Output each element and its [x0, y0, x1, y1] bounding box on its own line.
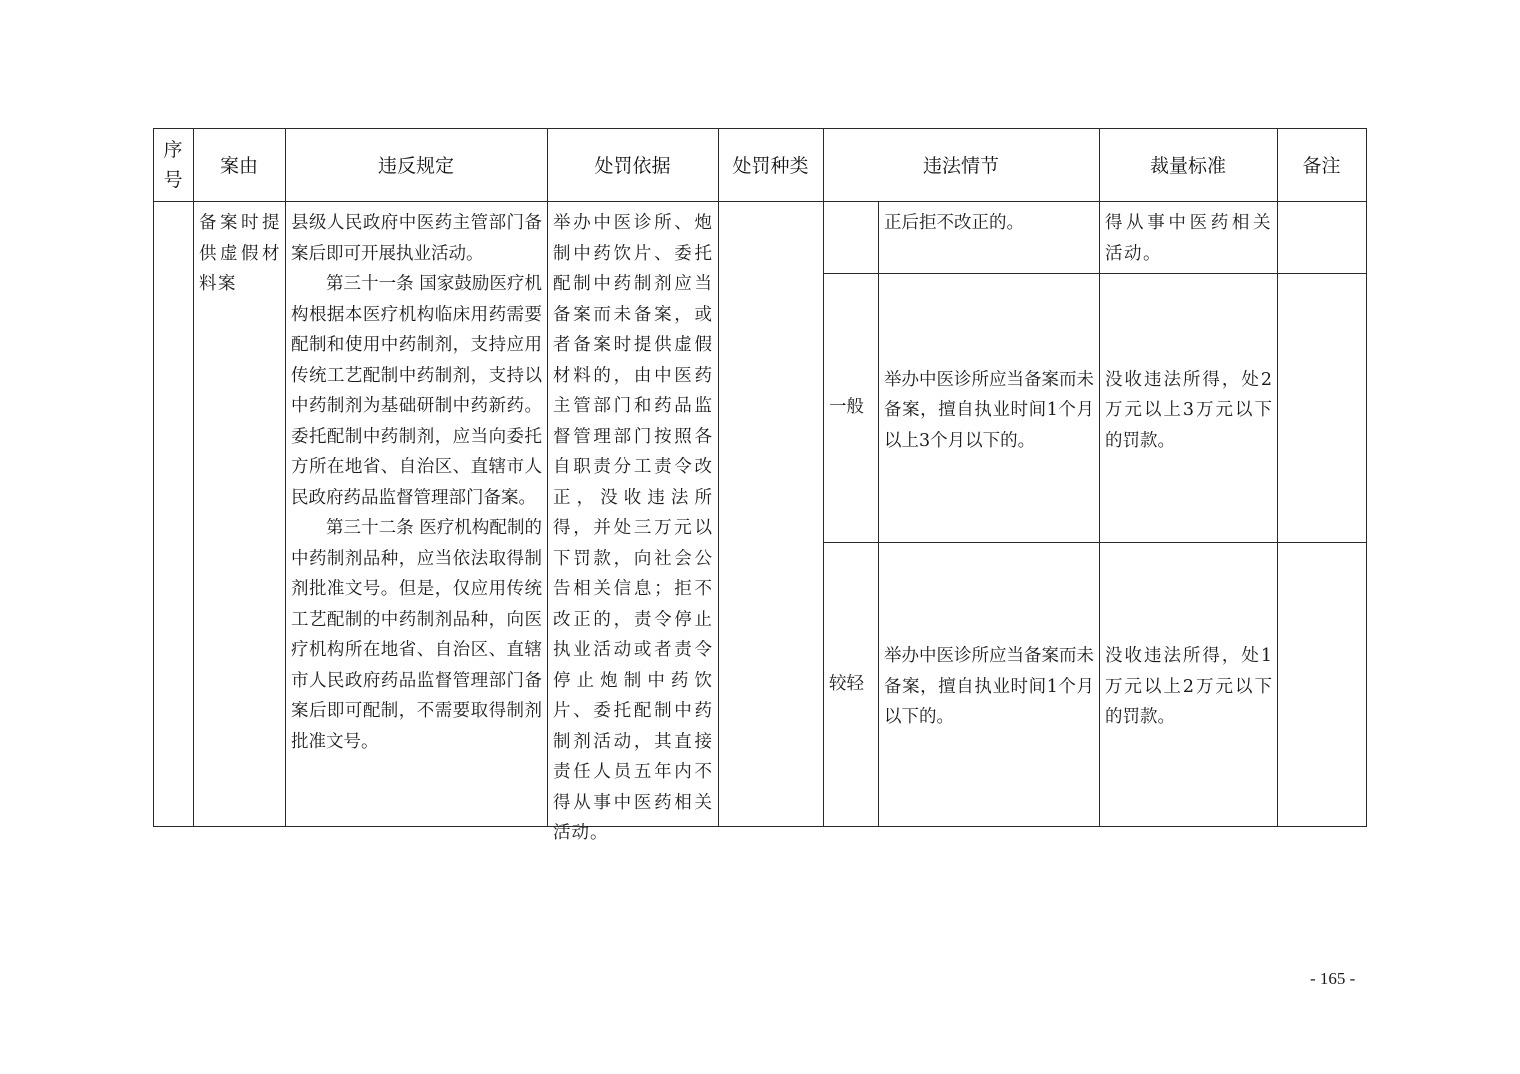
table-border-bottom — [153, 826, 1367, 827]
header-circumstances-cell: 违法情节 — [823, 128, 1099, 201]
subrow-2-circumstance: 举办中医诊所应当备案而未备案，擅自执业时间1个月以上3个月以下的。 — [884, 365, 1094, 457]
subrow-2-level-cell: 一般 — [823, 273, 878, 542]
subrow-2-circumstance-cell: 举办中医诊所应当备案而未备案，擅自执业时间1个月以上3个月以下的。 — [878, 273, 1099, 542]
document-page: 序号 案由 违反规定 处罚依据 处罚种类 违法情节 裁量标准 备注 备案时提供虚… — [0, 0, 1520, 1074]
case-name-cell: 备案时提供虚假材料案 — [193, 201, 285, 826]
header-remarks: 备注 — [1302, 151, 1340, 178]
col-border-9 — [1366, 128, 1367, 827]
case-name: 备案时提供虚假材料案 — [199, 213, 281, 294]
subrow-3-circumstance: 举办中医诊所应当备案而未备案，擅自执业时间1个月以下的。 — [884, 641, 1094, 733]
subrow-1-remarks-cell — [1277, 201, 1366, 273]
subrow-1-standard: 得从事中医药相关活动。 — [1105, 213, 1272, 264]
header-circumstances: 违法情节 — [923, 151, 999, 178]
header-seq-cell: 序号 — [153, 128, 193, 201]
header-case-cell: 案由 — [193, 128, 285, 201]
provision-paragraph-1: 县级人民政府中医药主管部门备案后即可开展执业活动。 — [291, 208, 542, 269]
header-violated-provision: 违反规定 — [378, 151, 454, 178]
subrow-1-circumstance: 正后拒不改正的。 — [884, 213, 1024, 233]
subrow-1-level-cell — [823, 201, 878, 273]
subrow-3-level: 较轻 — [829, 669, 864, 700]
subrow-3-standard: 没收违法所得，处1万元以上2万元以下的罚款。 — [1105, 641, 1272, 733]
subrow-1-circumstance-cell: 正后拒不改正的。 — [878, 201, 1099, 273]
header-case: 案由 — [220, 151, 258, 178]
subrow-2-standard-cell: 没收违法所得，处2万元以上3万元以下的罚款。 — [1099, 273, 1277, 542]
header-discretion-standard-cell: 裁量标准 — [1099, 128, 1277, 201]
subrow-2-standard: 没收违法所得，处2万元以上3万元以下的罚款。 — [1105, 365, 1272, 457]
violated-provision-cell: 县级人民政府中医药主管部门备案后即可开展执业活动。 第三十一条 国家鼓励医疗机构… — [285, 201, 547, 826]
seq-cell — [153, 201, 193, 826]
header-seq: 序号 — [162, 135, 184, 195]
header-violated-provision-cell: 违反规定 — [285, 128, 547, 201]
header-penalty-type-cell: 处罚种类 — [718, 128, 823, 201]
header-penalty-basis-cell: 处罚依据 — [547, 128, 718, 201]
provision-paragraph-3: 第三十二条 医疗机构配制的中药制剂品种，应当依法取得制剂批准文号。但是，仅应用传… — [291, 513, 542, 757]
page-number: - 165 - — [1310, 969, 1355, 989]
subrow-3-standard-cell: 没收违法所得，处1万元以上2万元以下的罚款。 — [1099, 542, 1277, 826]
penalty-basis-text: 举办中医诊所、炮制中药饮片、委托配制中药制剂应当备案而未备案，或者备案时提供虚假… — [553, 213, 713, 843]
provision-paragraph-2: 第三十一条 国家鼓励医疗机构根据本医疗机构临床用药需要配制和使用中药制剂，支持应… — [291, 269, 542, 513]
header-penalty-type: 处罚种类 — [732, 151, 808, 178]
header-penalty-basis: 处罚依据 — [594, 151, 670, 178]
header-discretion-standard: 裁量标准 — [1150, 151, 1226, 178]
subrow-2-level: 一般 — [829, 392, 864, 423]
subrow-2-remarks-cell — [1277, 273, 1366, 542]
header-remarks-cell: 备注 — [1277, 128, 1366, 201]
penalty-type-cell — [718, 201, 823, 826]
subrow-3-remarks-cell — [1277, 542, 1366, 826]
subrow-1-standard-cell: 得从事中医药相关活动。 — [1099, 201, 1277, 273]
subrow-3-level-cell: 较轻 — [823, 542, 878, 826]
penalty-basis-cell: 举办中医诊所、炮制中药饮片、委托配制中药制剂应当备案而未备案，或者备案时提供虚假… — [547, 201, 718, 826]
subrow-3-circumstance-cell: 举办中医诊所应当备案而未备案，擅自执业时间1个月以下的。 — [878, 542, 1099, 826]
